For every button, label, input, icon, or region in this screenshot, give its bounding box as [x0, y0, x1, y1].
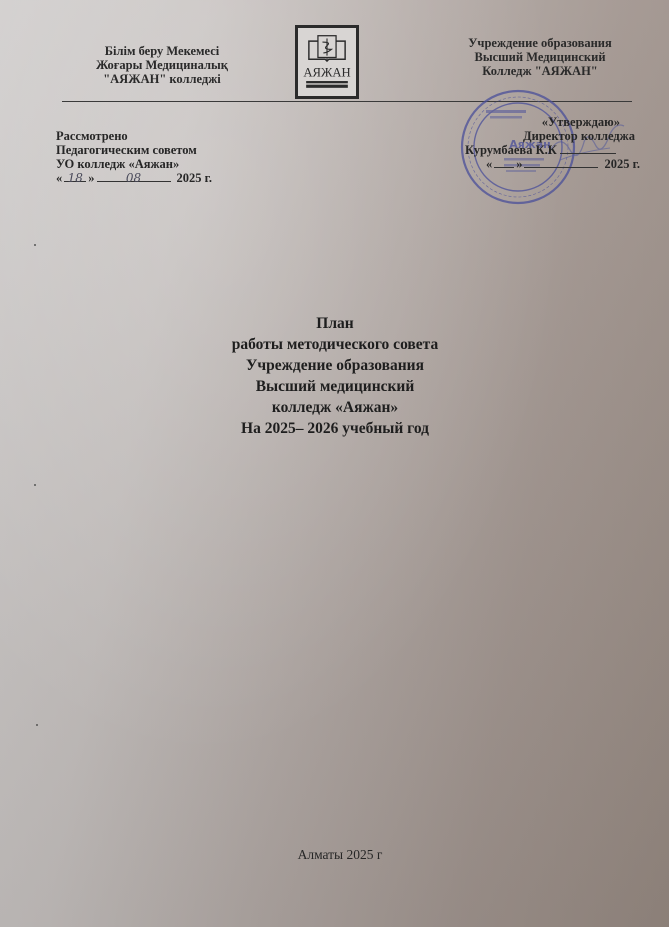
title-line: На 2025– 2026 учебный год	[180, 418, 490, 439]
header-left-line: "АЯЖАН" колледжі	[72, 72, 252, 86]
date-year: 2025 г.	[604, 157, 640, 171]
approved-name: Курумбаева К.К	[465, 143, 557, 157]
city-year: Алматы 2025 г	[240, 847, 440, 863]
date-year: 2025 г.	[177, 171, 213, 185]
header-right-line: Учреждение образования	[440, 36, 640, 50]
date-open-quote: «	[56, 171, 62, 185]
paper-speck	[36, 724, 38, 726]
paper-speck	[34, 244, 36, 246]
header-russian-institution: Учреждение образования Высший Медицински…	[440, 36, 640, 78]
title-line: работы методического совета	[180, 334, 490, 355]
date-month-field	[524, 157, 598, 168]
approved-name-line: Курумбаева К.К	[465, 143, 640, 157]
approved-date: « » 2025 г.	[465, 157, 640, 171]
date-open-quote: «	[486, 157, 492, 171]
considered-line: Педагогическим советом	[56, 143, 212, 157]
date-day-field	[494, 157, 514, 168]
title-line: колледж «Аяжан»	[180, 397, 490, 418]
paper-speck	[34, 484, 36, 486]
approved-title: «Утверждаю»	[465, 115, 640, 129]
signature-line	[560, 143, 616, 154]
header-right-line: Колледж "АЯЖАН"	[440, 64, 640, 78]
title-line: Высший медицинский	[180, 376, 490, 397]
date-month-handwritten: 08	[126, 171, 141, 185]
header-left-line: Білім беру Мекемесі	[72, 44, 252, 58]
date-day-field: 18	[64, 171, 86, 182]
considered-block: Рассмотрено Педагогическим советом УО ко…	[56, 129, 212, 185]
header-left-line: Жоғары Медициналық	[72, 58, 252, 72]
header-kazakh-institution: Білім беру Мекемесі Жоғары Медициналық "…	[72, 44, 252, 86]
approved-position: Директор колледжа	[465, 129, 640, 143]
date-day-handwritten: 18	[68, 171, 83, 185]
header-right-line: Высший Медицинский	[440, 50, 640, 64]
title-line: План	[180, 313, 490, 334]
date-month-field: 08	[97, 171, 171, 182]
considered-line: УО колледж «Аяжан»	[56, 157, 212, 171]
date-close-quote: »	[88, 171, 94, 185]
header-divider	[62, 101, 632, 102]
svg-text:АЯЖАН: АЯЖАН	[303, 66, 350, 80]
book-caduceus-logo-icon: АЯЖАН	[298, 28, 356, 96]
college-logo: АЯЖАН	[295, 25, 359, 99]
title-line: Учреждение образования	[180, 355, 490, 376]
considered-line: Рассмотрено	[56, 129, 212, 143]
document-title: План работы методического совета Учрежде…	[180, 313, 490, 439]
date-close-quote: »	[516, 157, 522, 171]
approved-block: «Утверждаю» Директор колледжа Курумбаева…	[465, 115, 640, 171]
considered-date: « 18 » 08 2025 г.	[56, 171, 212, 185]
